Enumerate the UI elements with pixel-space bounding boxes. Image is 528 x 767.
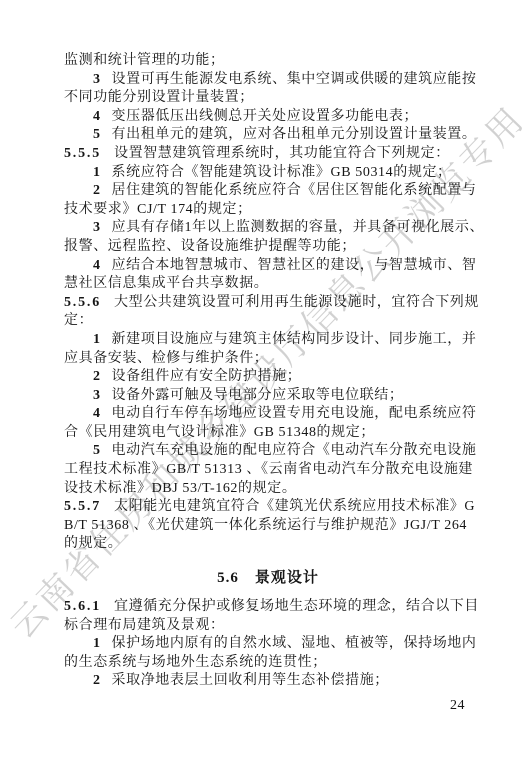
item-number: 5 <box>93 443 101 458</box>
text-line: 的生态系统与场地外生态系统的连贯性； <box>64 654 472 673</box>
line-text: 电动自行车停车场地应设置专用充电设施，配电系统应符 <box>112 406 477 421</box>
line-text: 设置智慧建筑管理系统时，其功能宜符合下列规定： <box>114 146 450 161</box>
item-number: 3 <box>93 388 101 403</box>
item-number: 4 <box>93 406 101 421</box>
item-number: 3 <box>93 72 101 87</box>
page-number: 24 <box>450 698 465 714</box>
list-item: 5电动汽车充电设施的配电应符合《电动汽车分散充电设施 <box>64 442 472 461</box>
line-text: 的规定。 <box>64 536 122 551</box>
line-text: 采取净地表层土回收利用等生态补偿措施； <box>112 673 389 688</box>
clause-number: 5.6.1 <box>64 599 101 614</box>
clause-number: 5.5.6 <box>64 295 101 310</box>
list-item: 4电动自行车停车场地应设置专用充电设施，配电系统应符 <box>64 405 472 424</box>
line-text: 标合理布局建筑及景观： <box>64 618 225 633</box>
text-line: B/T 51368 、《光伏建筑一体化系统运行与维护规范》JGJ/T 264 <box>64 517 472 536</box>
list-item: 3应具有存储1年以上监测数据的容量，并具备可视化展示、 <box>64 219 472 238</box>
clause-line: 5.5.6大型公共建筑设置可利用再生能源设施时，宜符合下列规 <box>64 294 472 313</box>
text-line: 定： <box>64 312 472 331</box>
list-item: 4变压器低压出线侧总开关处应设置多功能电表； <box>64 108 472 127</box>
list-item: 3设置可再生能源发电系统、集中空调或供暖的建筑应能按 <box>64 71 472 90</box>
section-heading: 5.6 景观设计 <box>64 568 472 588</box>
text-line: 的规定。 <box>64 535 472 554</box>
item-number: 4 <box>93 109 101 124</box>
line-text: 保护场地内原有的自然水域、湿地、植被等，保持场地内 <box>112 636 477 651</box>
item-number: 2 <box>93 369 101 384</box>
line-text: 太阳能光电建筑宜符合《建筑光伏系统应用技术标准》G <box>114 499 475 514</box>
text-line: 应具备安装、检修与维护条件； <box>64 350 472 369</box>
line-text: B/T 51368 、《光伏建筑一体化系统运行与维护规范》JGJ/T 264 <box>64 518 467 533</box>
text-line: 慧社区信息集成平台共享数据。 <box>64 275 472 294</box>
line-text: 居住建筑的智能化系统应符合《居住区智能化系统配置与 <box>112 183 477 198</box>
text-line: 技术要求》CJ/T 174的规定； <box>64 201 472 220</box>
line-text: 新建项目设施应与建筑主体结构同步设计、同步施工，并 <box>112 332 477 347</box>
line-text: 系统应符合《智能建筑设计标准》GB 50314的规定； <box>112 165 452 180</box>
list-item: 2采取净地表层土回收利用等生态补偿措施； <box>64 672 472 691</box>
line-text: 监测和统计管理的功能； <box>64 53 225 68</box>
line-text: 合《民用建筑电气设计标准》GB 51348的规定； <box>64 425 375 440</box>
text-line: 监测和统计管理的功能； <box>64 52 472 71</box>
text-line: 标合理布局建筑及景观： <box>64 617 472 636</box>
item-number: 2 <box>93 673 101 688</box>
text-line: 不同功能分别设置计量装置； <box>64 89 472 108</box>
list-item: 3设备外露可触及导电部分应采取等电位联结； <box>64 387 472 406</box>
line-text: 应结合本地智慧城市、智慧社区的建设，与智慧城市、智 <box>112 258 477 273</box>
line-text: 设置可再生能源发电系统、集中空调或供暖的建筑应能按 <box>112 72 477 87</box>
line-text: 工程技术标准》GB/T 51313 、《云南省电动汽车分散充电设施建 <box>64 462 473 477</box>
list-item: 1系统应符合《智能建筑设计标准》GB 50314的规定； <box>64 164 472 183</box>
clause-number: 5.5.7 <box>64 499 101 514</box>
line-text: 慧社区信息集成平台共享数据。 <box>64 276 268 291</box>
clause-line: 5.5.7太阳能光电建筑宜符合《建筑光伏系统应用技术标准》G <box>64 498 472 517</box>
line-text: 技术要求》CJ/T 174的规定； <box>64 202 252 217</box>
item-number: 2 <box>93 183 101 198</box>
text-line: 合《民用建筑电气设计标准》GB 51348的规定； <box>64 424 472 443</box>
text-line: 设技术标准》DBJ 53/T-162的规定。 <box>64 480 472 499</box>
line-text: 应具有存储1年以上监测数据的容量，并具备可视化展示、 <box>112 220 485 235</box>
list-item: 2设备组件应有安全防护措施； <box>64 368 472 387</box>
list-item: 1保护场地内原有的自然水域、湿地、植被等，保持场地内 <box>64 635 472 654</box>
clause-line: 5.5.5设置智慧建筑管理系统时，其功能宜符合下列规定： <box>64 145 472 164</box>
line-text: 大型公共建筑设置可利用再生能源设施时，宜符合下列规 <box>114 295 479 310</box>
list-item: 2居住建筑的智能化系统应符合《居住区智能化系统配置与 <box>64 182 472 201</box>
line-text: 电动汽车充电设施的配电应符合《电动汽车分散充电设施 <box>112 443 477 458</box>
line-text: 应具备安装、检修与维护条件； <box>64 351 268 366</box>
clause-number: 5.5.5 <box>64 146 101 161</box>
clause-line: 5.6.1宜遵循充分保护或修复场地生态环境的理念，结合以下目 <box>64 598 472 617</box>
line-text: 报警、远程监控、设备设施维护提醒等功能； <box>64 239 356 254</box>
line-text: 宜遵循充分保护或修复场地生态环境的理念，结合以下目 <box>114 599 479 614</box>
text-line: 报警、远程监控、设备设施维护提醒等功能； <box>64 238 472 257</box>
item-number: 3 <box>93 220 101 235</box>
text-line: 工程技术标准》GB/T 51313 、《云南省电动汽车分散充电设施建 <box>64 461 472 480</box>
list-item: 4应结合本地智慧城市、智慧社区的建设，与智慧城市、智 <box>64 257 472 276</box>
document-page: 云南省住房和城乡建设厅信息公开浏览专用 监测和统计管理的功能； 3设置可再生能源… <box>0 0 528 767</box>
item-number: 4 <box>93 258 101 273</box>
item-number: 1 <box>93 332 101 347</box>
line-text: 变压器低压出线侧总开关处应设置多功能电表； <box>112 109 419 124</box>
item-number: 5 <box>93 127 101 142</box>
line-text: 的生态系统与场地外生态系统的连贯性； <box>64 655 327 670</box>
item-number: 1 <box>93 165 101 180</box>
line-text: 设技术标准》DBJ 53/T-162的规定。 <box>64 481 296 496</box>
line-text: 有出租单元的建筑，应对各出租单元分别设置计量装置。 <box>112 127 477 142</box>
line-text: 设备外露可触及导电部分应采取等电位联结； <box>112 388 404 403</box>
document-body: 监测和统计管理的功能； 3设置可再生能源发电系统、集中空调或供暖的建筑应能按 不… <box>64 52 472 691</box>
list-item: 1新建项目设施应与建筑主体结构同步设计、同步施工，并 <box>64 331 472 350</box>
list-item: 5有出租单元的建筑，应对各出租单元分别设置计量装置。 <box>64 126 472 145</box>
line-text: 定： <box>64 313 93 328</box>
line-text: 设备组件应有安全防护措施； <box>112 369 302 384</box>
item-number: 1 <box>93 636 101 651</box>
line-text: 不同功能分别设置计量装置； <box>64 90 254 105</box>
